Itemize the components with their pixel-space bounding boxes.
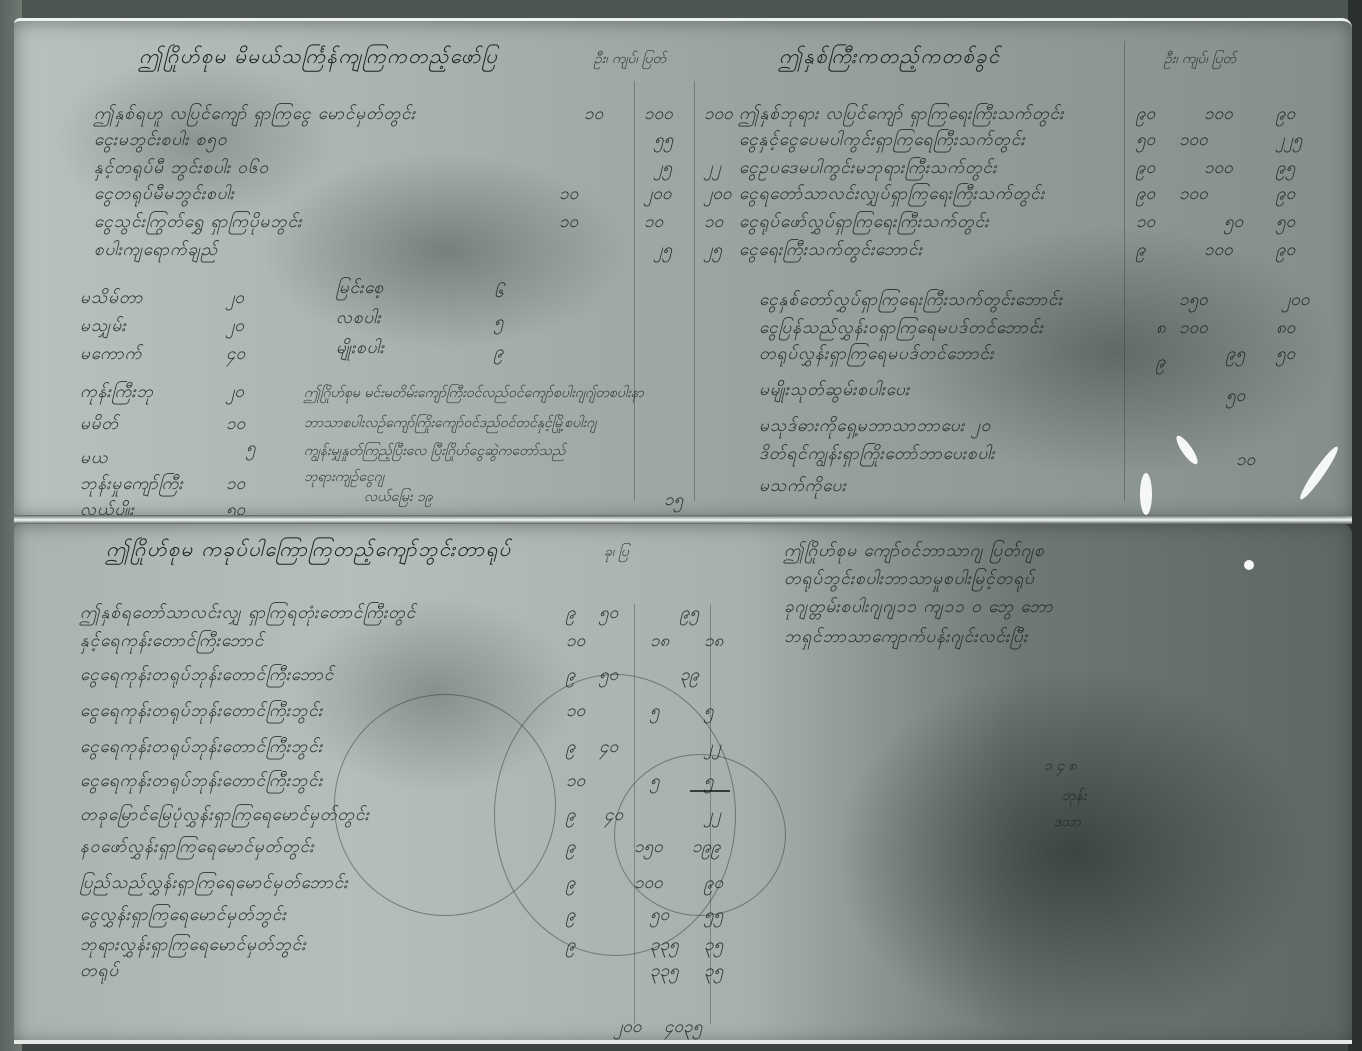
- ledger-line: ဤနှစ်ရဟူ လပြင်ကျော် ရှာကြငွေ မောင်မှတ်တွ…: [94, 103, 416, 128]
- qty-cell: ၅: [494, 311, 504, 336]
- ledger-value: ၁၀: [566, 700, 585, 725]
- ledger-line: ငွေရေကုန်းတရုပ်ဘုန်းတောင်ကြီးဘွင်း: [80, 770, 323, 795]
- ledger-line: ငွေရုပ်ဖော်လွှပ်ရှာကြရေးကြီးသက်တွင်း: [739, 211, 989, 236]
- column-rule: [694, 81, 695, 501]
- ledger-line: ဤနှစ်ရတော်သာလင်းလျှ ရှာကြရတုံးတောင်ကြီးတ…: [80, 602, 416, 627]
- ledger-value: ၉၀: [1276, 103, 1295, 128]
- ledger-value: ၉၀: [1276, 183, 1295, 208]
- paper-tear: [1140, 473, 1152, 515]
- value: ၂၀၀: [704, 183, 731, 208]
- heading: ဤဂြိုဟ်စုမ မိမယ်သင်္ကြန်ကျကြကတည့်ဖော်ပြ: [139, 43, 498, 73]
- note-line: ဘာသာစပါးလဥ်ကျော်ကြိုးကျော်ဝင်ဒည်ဝင်တင်နှ…: [304, 413, 596, 434]
- ledger-line: တရုပ်လွှန်းရှာကြရေမပဒ်တင်ဘောင်း: [759, 343, 994, 368]
- ledger-value: ၉: [566, 872, 576, 897]
- qty-cell: ၆: [494, 281, 504, 306]
- ledger-value: ၁၅၀: [1179, 289, 1208, 314]
- value: ၁၀: [704, 211, 723, 236]
- amount-cell: ၂၀: [226, 381, 244, 406]
- ledger-value: ၅၀: [599, 664, 618, 689]
- ledger-value: ၉၅: [1226, 343, 1245, 368]
- ledger-line: ငွေပြန်သည်လွှန်းဝရှာကြရေမပဒ်တင်ဘောင်း: [759, 317, 1044, 342]
- ledger-value: ၉: [1136, 239, 1146, 264]
- ledger-value: ၉: [1156, 351, 1166, 376]
- ledger-value: ၈: [1156, 317, 1166, 342]
- heading-note-right: ဦး၊ ကျပ်၊ ပြတ်: [1164, 49, 1236, 70]
- ledger-line: ငွေရေကုန်းတရုပ်ဘုန်းတောင်ကြီးဘွင်း: [80, 736, 323, 761]
- ledger-value: ၉: [566, 836, 576, 861]
- ledger-line: ပြည်သည်လွှန်းရှာကြရေမောင်မှတ်ဘောင်း: [80, 872, 348, 897]
- heading-right: ဤနှစ်ကြီးကတည့်ကတစ်ခွင်: [779, 43, 1001, 73]
- ledger-value: ၁၈: [704, 630, 723, 655]
- item-cell: မြင်းစေ့: [336, 277, 384, 302]
- value: ၂၀၀: [644, 183, 671, 208]
- amount-cell: ၅: [246, 437, 256, 462]
- ledger-line: ငွေဥပဒေမပါကွင်းမဘုရားကြီးသက်တွင်း: [739, 157, 997, 182]
- amount-cell: ၂၀: [226, 287, 244, 312]
- margin-mark: ဒသာ: [1054, 812, 1081, 833]
- ledger-value: ၁၀: [1136, 211, 1155, 236]
- scan-background-top: [0, 0, 1362, 20]
- ledger-line: မသုဒ်ဓားကိုရှေ့မဘာသာဘာပေး ၂၀: [759, 415, 991, 440]
- ledger-line: ငွေနှစ်တော်လွှပ်ရှာကြရေးကြီးသက်တွင်းဘောင…: [759, 289, 1063, 314]
- ledger-line: နှင့်တရုပ်မီ ဘွင်းစပါး ဝ၆၀: [94, 157, 269, 182]
- ledger-value: ၁၀၀: [1204, 103, 1233, 128]
- ledger-value: ၅၀: [1224, 211, 1243, 236]
- ledger-line: နဝဖော်လွှန်းရှာကြရေမောင်မှတ်တွင်း: [80, 836, 315, 861]
- ledger-line: နှင့်ရေကုန်းတောင်ကြီးဘောင်: [80, 630, 264, 655]
- ledger-value: ၁၅၀: [634, 836, 663, 861]
- ledger-line: ငွေရေကုန်းတရုပ်ဘုန်းတောင်ကြီးဘောင်: [80, 664, 334, 689]
- ledger-value: ၁၀: [1236, 449, 1255, 474]
- margin-mark: ၁ ၄ ၈: [1044, 756, 1077, 777]
- margin-mark: ဘုန်း: [1062, 786, 1086, 807]
- note-line: ဤဂြိုဟ်စုမ ကျော်ဝင်ဘာသာဂျ ပြတ်ဂျစ: [784, 540, 1045, 565]
- note-line: ခုဂျတ္တမ်းစပါးဂျဂျ၁၁ ကျ၁၁ ဝ ဘွေ ဘော: [784, 596, 1053, 621]
- ledger-line: ငွေလွှန်းရှာကြရေမောင်မှတ်ဘွင်း: [80, 904, 287, 929]
- ledger-line: မသက်ကိုပေး: [759, 475, 847, 500]
- ledger-value: ၅: [650, 770, 660, 795]
- total-value: ၂၀၀: [614, 1016, 641, 1041]
- ledger-line: ဤနှစ်ဘုရား လပြင်ကျော် ရှာကြရေးကြီးသက်တွင…: [739, 103, 1064, 128]
- name-cell: မမိတ်: [80, 413, 119, 438]
- item-cell: မျိုးစပါး: [336, 337, 385, 362]
- note-line: ဘုရားကျဥ်ငွေဂျ: [304, 467, 384, 488]
- sum-underline: [690, 790, 730, 792]
- value: ၅၅: [654, 129, 673, 154]
- ledger-line: ဒိတ်ရင်ကျွန်းရှာကြိုးတော်ဘာပေးစပါး: [759, 443, 996, 468]
- note-line: ဤဂြိုဟ်စုမ မင်းမတိမ်းကျော်ကြီးဝင်လည်ဝင်က…: [304, 383, 644, 404]
- ledger-value: ၁၉၉: [692, 836, 721, 861]
- ledger-value: ၃၅: [704, 960, 723, 985]
- note-line: လယ်မြေး ၁၉: [364, 487, 433, 508]
- ledger-line: ဘုရားလွှန်းရှာကြရေမောင်မှတ်ဘွင်း: [80, 934, 306, 959]
- amount-cell: ၁၀: [226, 413, 245, 438]
- value: ၂၅: [654, 157, 672, 182]
- amount-cell: ၂၀: [226, 315, 244, 340]
- amount-cell: ၄၀: [226, 343, 245, 368]
- note-line: တရုပ်ဘွင်းစပါးဘာသာမှုစပါးမြင့်တရုပ်: [784, 568, 1035, 593]
- ledger-value: ၉: [566, 934, 576, 959]
- page-fold: [14, 515, 1352, 524]
- ledger-value: ၄၀: [604, 804, 623, 829]
- ledger-value: ၉: [566, 664, 576, 689]
- ledger-value: ၅၀: [1226, 385, 1245, 410]
- ledger-value: ၁၀: [566, 770, 585, 795]
- ledger-line: တရုပ်: [80, 960, 119, 985]
- ledger-value: ၂၂၅: [1276, 129, 1302, 154]
- ledger-value: ၂၂: [704, 736, 721, 761]
- ledger-value: ၁၀၀: [634, 872, 663, 897]
- ledger-value: ၉: [566, 736, 576, 761]
- top-folio: ဤဂြိုဟ်စုမ မိမယ်သင်္ကြန်ကျကြကတည့်ဖော်ပြ …: [14, 18, 1352, 518]
- name-cell: ဘုန်းမှုကျော်ကြီး: [80, 473, 184, 498]
- value: ၁၀၀: [704, 103, 733, 128]
- paper-tear: [1297, 444, 1342, 502]
- ledger-line: မမျိုးသုတ်ဆွမ်းစပါးပေး: [759, 379, 910, 404]
- folio-bottom-edge: [14, 1040, 1352, 1044]
- total-value: ၄၀၃၅: [664, 1016, 702, 1041]
- value: ၁၀၀: [644, 103, 673, 128]
- note-total: ၁၅: [664, 489, 683, 514]
- name-cell: ကုန်းကြီးဘု: [80, 381, 154, 406]
- ledger-value: ၉၅: [680, 602, 699, 627]
- ledger-value: ၉၅: [1276, 157, 1295, 182]
- column-rule: [634, 81, 635, 501]
- ledger-value: ၃၃၅: [650, 934, 679, 959]
- ledger-value: ၁၀: [559, 183, 578, 208]
- heading: ဤဂြိုဟ်စုမ ကခုပ်ပါကြောကြတည့်ကျော်ဘွင်းတာ…: [106, 536, 512, 566]
- ledger-value: ၁၀၀: [1204, 239, 1233, 264]
- ledger-value: ၈၀: [1276, 317, 1295, 342]
- ledger-value: ၅၀: [1276, 343, 1295, 368]
- note-line: ဘရှင်ဘာသာကျောက်ပန်းဂျင်းလင်းပြီး: [784, 626, 1028, 651]
- ledger-value: ၉: [566, 904, 576, 929]
- ledger-line: ငွေရတော်သာလင်းလျှပ်ရှာကြရေးကြီးသက်တွင်း: [739, 183, 1045, 208]
- name-cell: မယ: [80, 447, 108, 472]
- ledger-value: ၉: [566, 804, 576, 829]
- ledger-value: ၃၉: [680, 664, 699, 689]
- ledger-value: ၉၀: [1276, 239, 1295, 264]
- name-cell: မသျှမ်း: [80, 315, 127, 340]
- ledger-value: ၃၅: [704, 934, 723, 959]
- ledger-value: ၁၀: [584, 103, 603, 128]
- ledger-value: ၅၀: [1276, 211, 1295, 236]
- ledger-line: ငွေသွင်းကြွတ်ရွှေ ရှာကြပိုမဘွင်း: [94, 211, 302, 236]
- amount-cell: ၁၀: [226, 473, 245, 498]
- ledger-value: ၁၀၀: [1179, 317, 1208, 342]
- ledger-line: တခုမြောင်မြေပုံလွှန်းရှာကြရေမောင်မှတ်တွင…: [80, 804, 370, 829]
- ledger-value: ၅၀: [1136, 129, 1155, 154]
- ledger-value: ၂၀၀: [1282, 289, 1309, 314]
- ledger-value: ၅: [704, 700, 714, 725]
- ledger-value: ၉၀: [1136, 103, 1155, 128]
- paper-tear: [1173, 433, 1201, 467]
- ledger-value: ၂၂: [704, 804, 721, 829]
- ledger-value: ၁၀၀: [1179, 129, 1208, 154]
- ledger-value: ၉: [566, 602, 576, 627]
- ledger-line: ငွေရေကုန်းတရုပ်ဘုန်းတောင်ကြီးဘွင်း: [80, 700, 323, 725]
- note-line: ကျွန်းမျှနှုတ်ကြည့်ပြီးလေ ပြီးဂြိုဟ်ငွေဆ…: [304, 441, 566, 462]
- value: ၂၅: [654, 239, 672, 264]
- ledger-value: ၁၈: [650, 630, 669, 655]
- ledger-line: ငွေးမဘွင်းစပါး စ၅၀: [94, 129, 227, 154]
- ledger-value: ၉၀: [704, 872, 723, 897]
- ledger-value: ၉၀: [1136, 157, 1155, 182]
- name-cell: မသိမ်တာ: [80, 287, 143, 312]
- value: ၂၂: [704, 157, 721, 182]
- name-cell: မကောက်: [80, 343, 142, 368]
- qty-cell: ၉: [494, 341, 504, 366]
- ledger-value: ၄၀: [599, 736, 618, 761]
- ledger-value: ၅၅: [704, 904, 723, 929]
- ledger-line: စပါးကျရောက်ချည်: [94, 239, 218, 264]
- value: ၁၀: [644, 211, 663, 236]
- ledger-line: ငွေရေးကြီးသက်တွင်းဘောင်း: [739, 239, 923, 264]
- ledger-value: ၅: [650, 700, 660, 725]
- ledger-value: ၉၀: [1136, 183, 1155, 208]
- ledger-value: ၃၃၅: [650, 960, 679, 985]
- ledger-value: ၅၀: [599, 602, 618, 627]
- paper-hole: [1244, 560, 1254, 570]
- ledger-value: ၅၀: [650, 904, 669, 929]
- bottom-folio: ဤဂြိုဟ်စုမ ကခုပ်ပါကြောကြတည့်ကျော်ဘွင်းတာ…: [14, 524, 1352, 1043]
- ledger-value: ၁၀၀: [1179, 183, 1208, 208]
- ledger-value: ၁၀၀: [1204, 157, 1233, 182]
- column-rule: [1124, 41, 1125, 501]
- value: ၂၅: [704, 239, 722, 264]
- ledger-value: ၁၀: [566, 630, 585, 655]
- heading-note: ဦး၊ ကျပ်၊ ပြတ်: [594, 49, 666, 70]
- ledger-value: ၁၀: [559, 211, 578, 236]
- ledger-line: ငွေတရုပ်မီမဘွင်းစပါး: [94, 183, 235, 208]
- heading-note: ခု၊ ပြ: [604, 542, 629, 563]
- ledger-line: ငွေနှင့်ငွေပေမပါကွင်းရှာကြရေကြီးသက်တွင်း: [739, 129, 1026, 154]
- item-cell: လစပါး: [336, 307, 381, 332]
